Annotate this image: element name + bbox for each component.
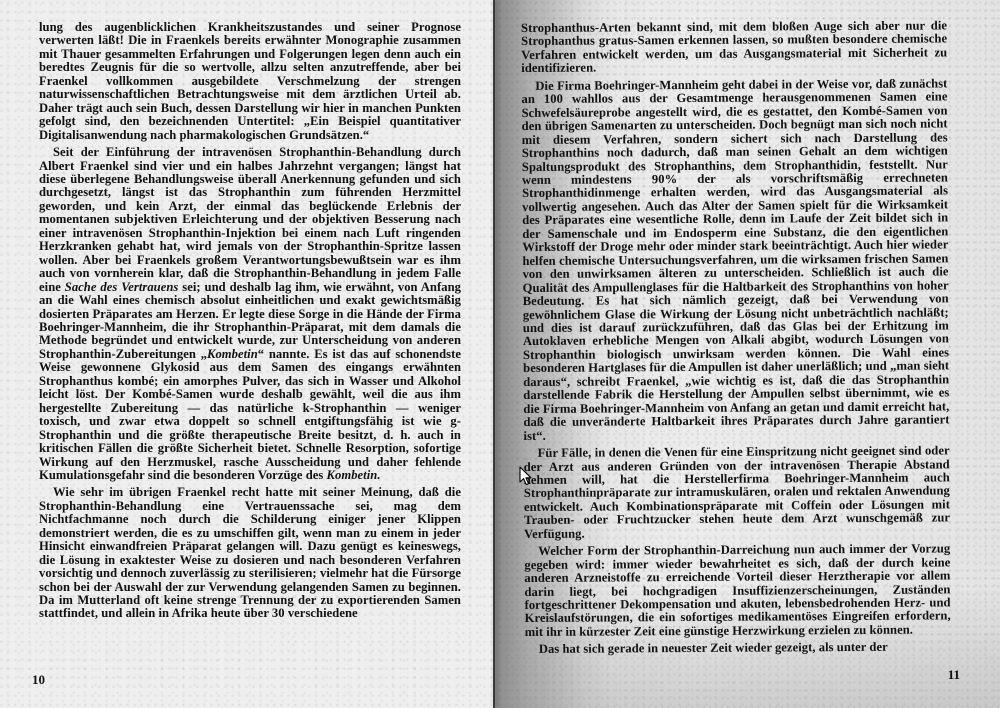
right-page: Strophanthus-Arten bekannt sind, mit dem… [493,0,1000,708]
body-text: “ nannte. Es ist das auf schonendste Wei… [39,347,461,482]
paragraph: lung des augenblicklichen Krankheitszust… [39,21,461,142]
body-text: Für Fälle, in denen die Venen für eine E… [524,443,950,540]
body-text: lung des augenblicklichen Krankheitszust… [39,20,461,142]
right-page-text: Strophanthus-Arten bekannt sind, mit dem… [521,19,951,656]
book-spread: lung des augenblicklichen Krankheitszust… [0,0,1000,708]
body-text: Das hat sich gerade in neuester Zeit wie… [539,640,888,656]
body-text: Welcher Form der Strophanthin-Darreichun… [524,542,950,639]
paragraph: Wie sehr im übrigen Fraenkel recht hatte… [39,486,461,621]
left-page-text: lung des augenblicklichen Krankheitszust… [39,21,461,621]
right-page-number: 11 [948,667,960,683]
body-text: Die Firma Boehringer-Mannheim geht dabei… [521,76,949,442]
paragraph: Welcher Form der Strophanthin-Darreichun… [524,543,951,640]
paragraph: Die Firma Boehringer-Mannheim geht dabei… [521,77,949,443]
body-text: Strophanthus-Arten bekannt sind, mit dem… [521,18,947,75]
paragraph: Das hat sich gerade in neuester Zeit wie… [525,641,951,657]
paragraph: Strophanthus-Arten bekannt sind, mit dem… [521,19,947,75]
left-page: lung des augenblicklichen Krankheitszust… [0,0,493,708]
book-gutter [493,0,495,708]
arrow-pointer-icon [519,466,533,486]
italic-text: Sache des Vertrauens [65,280,179,294]
italic-text: Kombetin. [327,468,381,482]
italic-text: Kombetin [207,347,258,361]
left-page-number: 10 [32,672,45,688]
paragraph: Für Fälle, in denen die Venen für eine E… [524,444,951,541]
body-text: Seit der Einführung der intravenösen Str… [39,145,461,294]
paragraph: Seit der Einführung der intravenösen Str… [39,146,461,482]
body-text: Wie sehr im übrigen Fraenkel recht hatte… [39,485,461,620]
